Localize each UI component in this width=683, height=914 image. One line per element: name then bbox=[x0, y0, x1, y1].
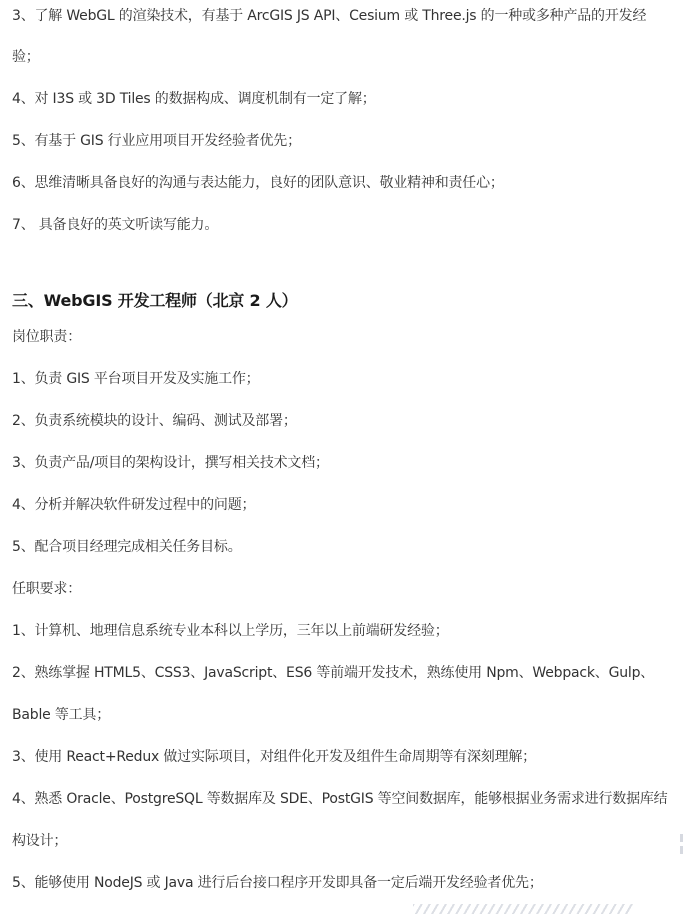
requirement-item-7: 7、 具备良好的英文听读写能力。 bbox=[12, 215, 218, 235]
duty-item: 4、分析并解决软件研发过程中的问题； bbox=[12, 495, 255, 515]
duty-item: 3、负责产品/项目的架构设计，撰写相关技术文档； bbox=[12, 453, 329, 473]
requirement-item: 5、能够使用 NodeJS 或 Java 进行后台接口程序开发即具备一定后端开发… bbox=[12, 873, 543, 893]
requirement-item: 1、计算机、地理信息系统专业本科以上学历，三年以上前端研发经验； bbox=[12, 621, 449, 641]
duties-label: 岗位职责： bbox=[12, 327, 81, 347]
duty-item: 5、配合项目经理完成相关任务目标。 bbox=[12, 537, 242, 557]
requirements-label: 任职要求： bbox=[12, 579, 81, 599]
requirement-item: 4、熟悉 Oracle、PostgreSQL 等数据库及 SDE、PostGIS… bbox=[12, 789, 667, 809]
duty-item: 1、负责 GIS 平台项目开发及实施工作； bbox=[12, 369, 259, 389]
requirement-item-6: 6、思维清晰具备良好的沟通与表达能力，良好的团队意识、敬业精神和责任心； bbox=[12, 173, 504, 193]
decorative-hatch-pattern bbox=[413, 904, 633, 914]
duty-item: 2、负责系统模块的设计、编码、测试及部署； bbox=[12, 411, 297, 431]
requirement-item: 2、熟练掌握 HTML5、CSS3、JavaScript、ES6 等前端开发技术… bbox=[12, 663, 654, 683]
section-heading-webgis-engineer: 三、WebGIS 开发工程师（北京 2 人） bbox=[12, 290, 297, 312]
requirement-item-4: 4、对 I3S 或 3D Tiles 的数据构成、调度机制有一定了解； bbox=[12, 89, 376, 109]
requirement-item: 3、使用 React+Redux 做过实际项目，对组件化开发及组件生命周期等有深… bbox=[12, 747, 536, 767]
requirement-item-3-continued: 验； bbox=[12, 47, 40, 67]
requirement-item-continued: Bable 等工具； bbox=[12, 705, 110, 725]
requirement-item-continued: 构设计； bbox=[12, 831, 67, 851]
requirement-item-5: 5、有基于 GIS 行业应用项目开发经验者优先； bbox=[12, 131, 301, 151]
requirement-item-3: 3、了解 WebGL 的渲染技术，有基于 ArcGIS JS API、Cesiu… bbox=[12, 6, 646, 26]
